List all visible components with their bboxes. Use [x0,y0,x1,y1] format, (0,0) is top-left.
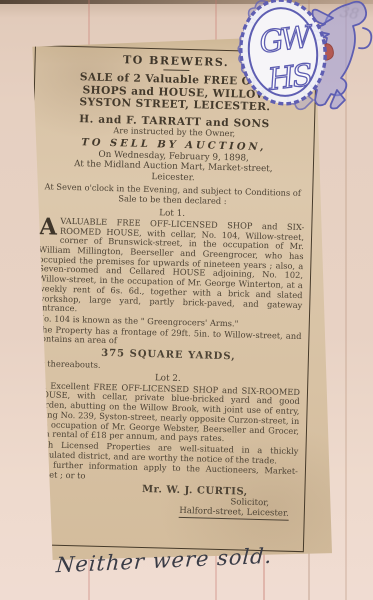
solicitor-address-text: Halford-street, Leicester. [179,506,289,521]
apply-line: For further information apply to the Auc… [33,460,298,486]
gwhs-crest-logo: GW HS [237,0,373,112]
heading-rule [163,69,189,71]
lot1-dropcap: A [39,216,60,237]
auction-time-conditions: At Seven o'clock in the Evening, and sub… [40,183,305,209]
monogram-hs: HS [265,58,314,98]
lot2-description: An Excellent FREE OFF-LICENSED SHOP and … [34,381,300,446]
auction-advertisement: TO BREWERS. SALE of 2 Valuable FREE OFF-… [22,45,317,552]
newspaper-clipping: TO BREWERS. SALE of 2 Valuable FREE OFF-… [25,33,332,560]
lot1-text: VALUABLE FREE OFF-LICENSED SHOP and SIX-… [37,216,304,314]
lot1-description: AVALUABLE FREE OFF-LICENSED SHOP and SIX… [37,216,304,320]
